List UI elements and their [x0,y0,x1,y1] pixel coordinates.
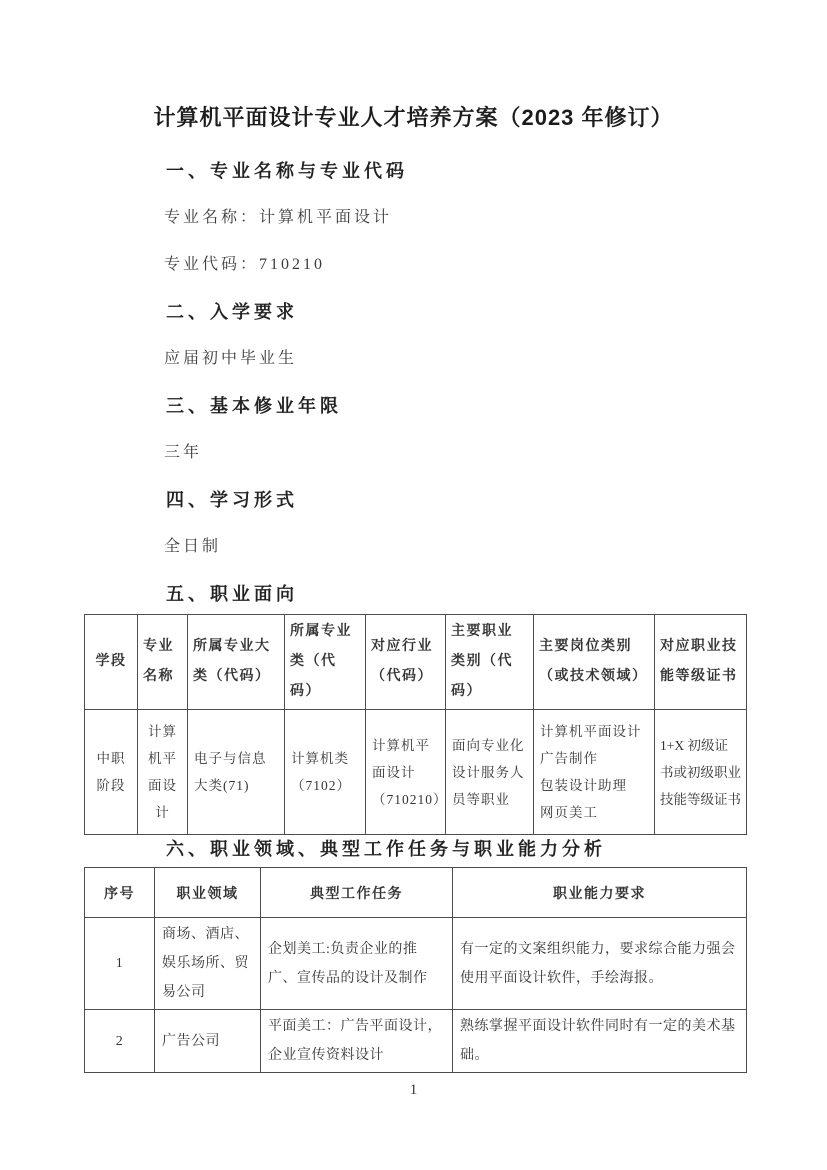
header-cell-occupation: 主要职业类别（代码） [446,615,534,710]
cell-task: 企划美工:负责企业的推广、宣传品的设计及制作 [261,918,453,1010]
header-cell-certificate: 对应职业技能等级证书 [655,615,747,710]
career-table-data-row: 中职阶段 计算机平面设计 电子与信息大类(71) 计算机类（7102） 计算机平… [85,710,747,835]
page-number: 1 [0,1082,827,1099]
document-title: 计算机平面设计专业人才培养方案（2023 年修订） [0,101,827,132]
section-heading-major-name-code: 一、专业名称与专业代码 [166,157,408,183]
header-cell-major-name: 专业名称 [138,615,188,710]
cell-industry: 计算机平面设计（710210） [366,710,446,835]
cell-ability: 熟练掌握平面设计软件同时有一定的美术基础。 [453,1010,747,1073]
header-cell-major-class: 所属专业类（代码） [285,615,366,710]
header-cell-field: 职业领域 [155,868,261,918]
header-cell-stage: 学段 [85,615,138,710]
header-cell-ability: 职业能力要求 [453,868,747,918]
cell-number: 1 [85,918,155,1010]
position-line: 广告制作 [540,745,648,772]
career-orientation-table: 学段 专业名称 所属专业大类（代码） 所属专业类（代码） 对应行业（代码） 主要… [84,614,747,835]
job-analysis-table: 序号 职业领域 典型工作任务 职业能力要求 1 商场、酒店、娱乐场所、贸易公司 … [84,867,747,1073]
cell-major-group: 电子与信息大类(71) [188,710,285,835]
cell-ability: 有一定的文案组织能力，要求综合能力强会使用平面设计软件，手绘海报。 [453,918,747,1010]
cell-certificate: 1+X 初级证书或初级职业技能等级证书 [655,710,747,835]
cell-occupation: 面向专业化设计服务人员等职业 [446,710,534,835]
cell-major-class: 计算机类（7102） [285,710,366,835]
cell-field: 广告公司 [155,1010,261,1073]
duration-line: 三年 [164,439,202,462]
section-heading-job-analysis: 六、职业领域、典型工作任务与职业能力分析 [166,835,606,861]
career-table-header-row: 学段 专业名称 所属专业大类（代码） 所属专业类（代码） 对应行业（代码） 主要… [85,615,747,710]
cell-field: 商场、酒店、娱乐场所、贸易公司 [155,918,261,1010]
cell-task: 平面美工：广告平面设计，企业宣传资料设计 [261,1010,453,1073]
enrollment-requirement-line: 应届初中毕业生 [164,345,297,368]
section-heading-enrollment: 二、入学要求 [166,298,298,324]
position-line: 计算机平面设计 [540,718,648,745]
section-heading-study-form: 四、学习形式 [166,486,298,512]
header-cell-industry: 对应行业（代码） [366,615,446,710]
cell-number: 2 [85,1010,155,1073]
document-page: 计算机平面设计专业人才培养方案（2023 年修订） 一、专业名称与专业代码 专业… [0,0,827,1170]
position-line: 包装设计助理 [540,772,648,799]
analysis-table-row: 1 商场、酒店、娱乐场所、贸易公司 企划美工:负责企业的推广、宣传品的设计及制作… [85,918,747,1010]
section-heading-career-orientation: 五、职业面向 [166,580,298,606]
header-cell-major-group: 所属专业大类（代码） [188,615,285,710]
analysis-table-header-row: 序号 职业领域 典型工作任务 职业能力要求 [85,868,747,918]
cell-major-name: 计算机平面设计 [138,710,188,835]
major-name-line: 专业名称：计算机平面设计 [164,204,392,227]
header-cell-positions: 主要岗位类别（或技术领域） [534,615,655,710]
cell-positions: 计算机平面设计 广告制作 包装设计助理 网页美工 [534,710,655,835]
header-cell-task: 典型工作任务 [261,868,453,918]
header-cell-number: 序号 [85,868,155,918]
section-heading-duration: 三、基本修业年限 [166,392,342,418]
analysis-table-row: 2 广告公司 平面美工：广告平面设计，企业宣传资料设计 熟练掌握平面设计软件同时… [85,1010,747,1073]
cell-stage: 中职阶段 [85,710,138,835]
major-code-line: 专业代码：710210 [164,251,325,274]
position-line: 网页美工 [540,799,648,826]
study-form-line: 全日制 [164,533,221,556]
